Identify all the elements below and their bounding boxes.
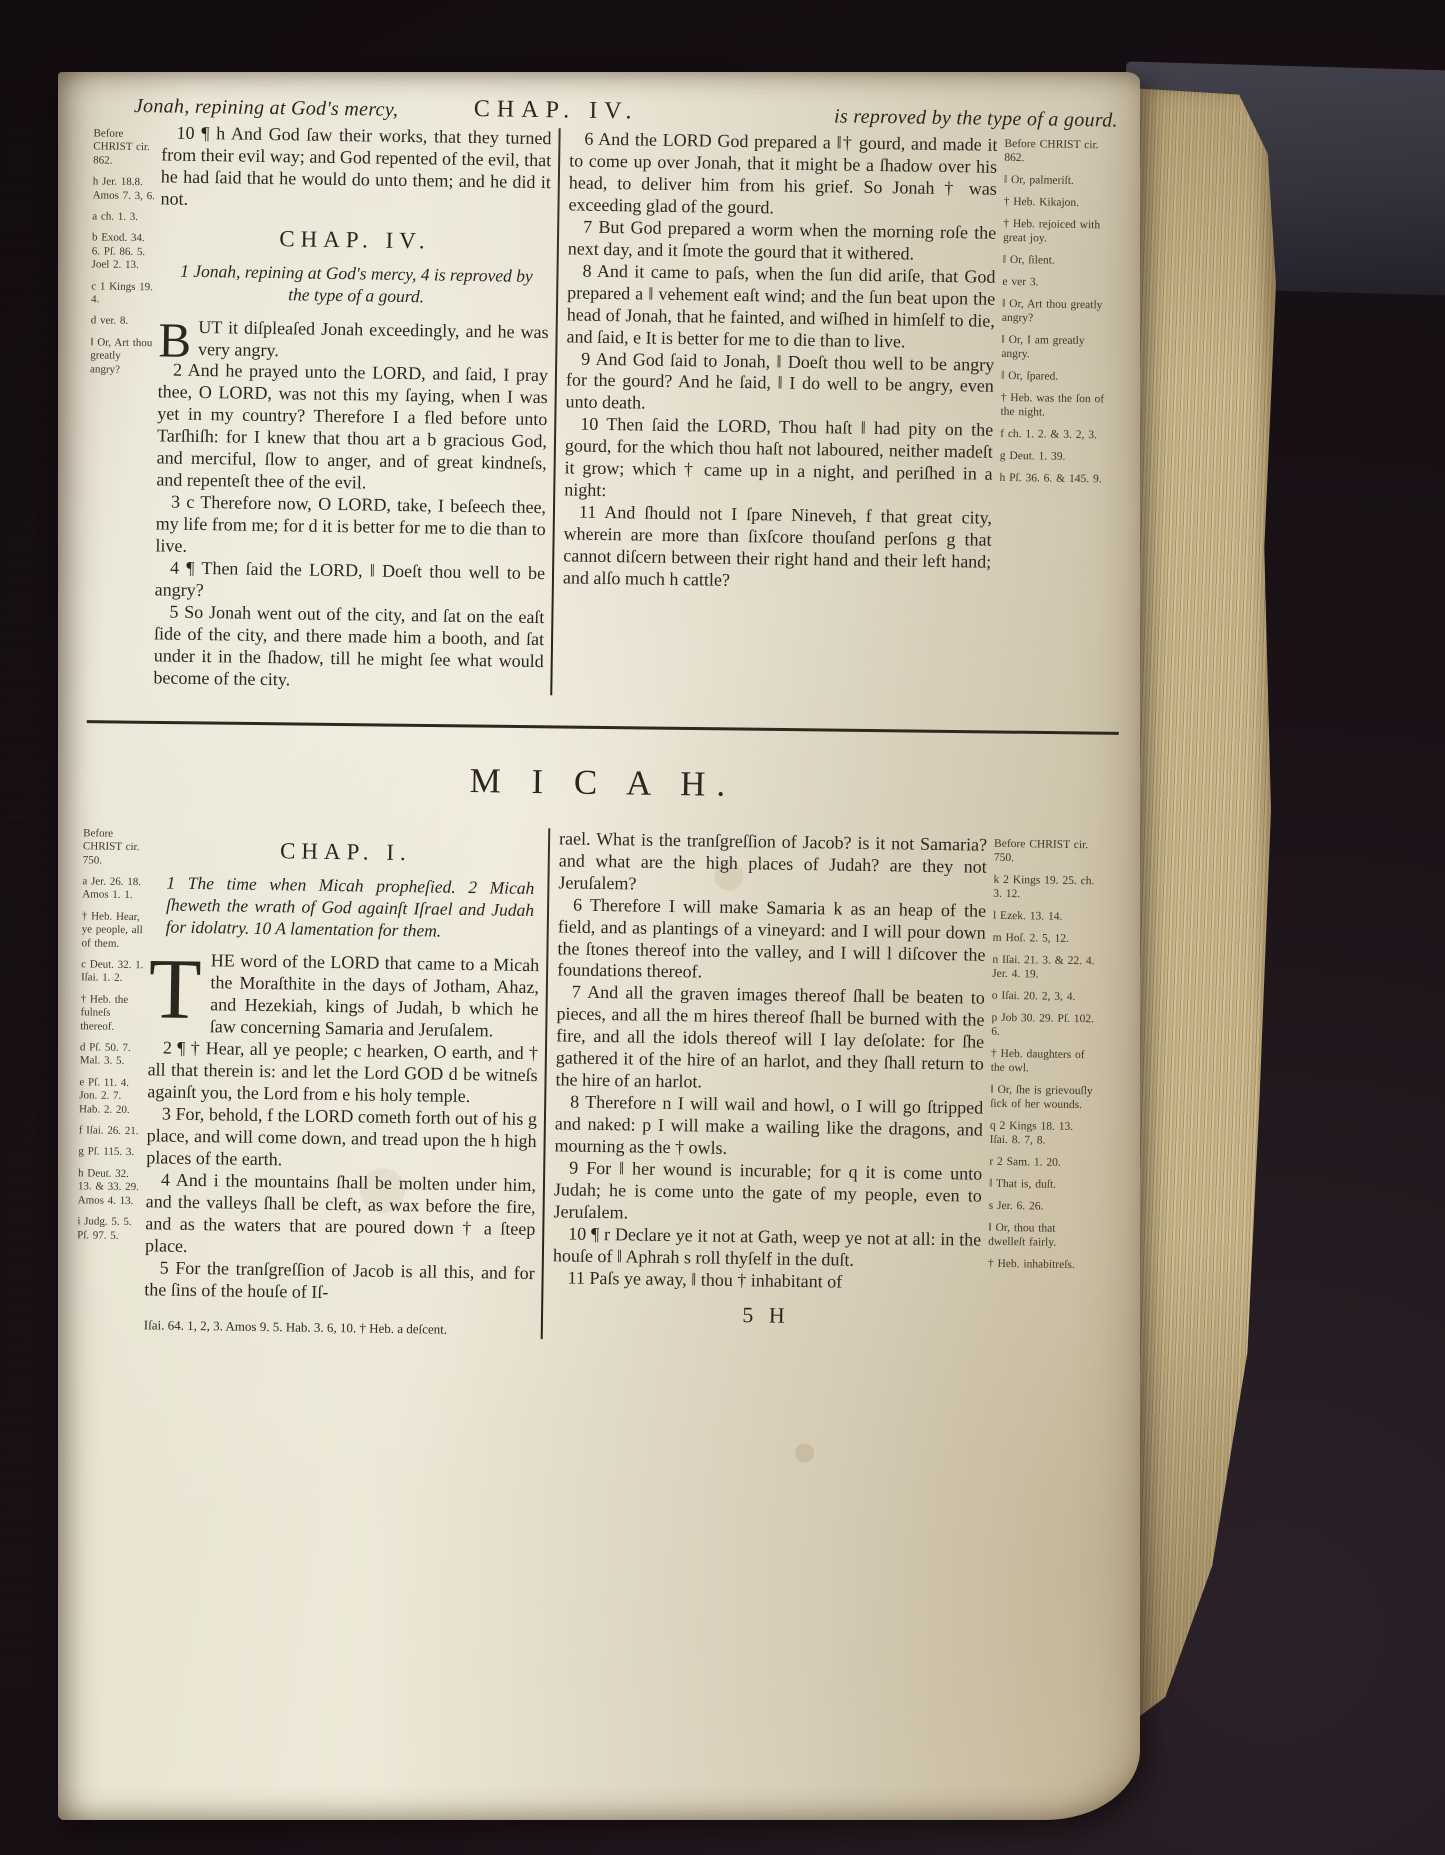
micah-book-title: M I C A H.	[84, 755, 1122, 810]
column-rule-micah	[541, 828, 551, 1339]
micah-right-margin-notes: Before CHRIST cir. 750.k 2 Kings 19. 25.…	[980, 834, 1099, 1346]
margin-note: † Heb. inhabitreſs.	[988, 1257, 1092, 1273]
margin-note: c Deut. 32. 1. Iſai. 1. 2.	[81, 958, 145, 986]
margin-note: b Exod. 34. 6. Pſ. 86. 5. Joel 2. 13.	[91, 232, 156, 273]
margin-note: Before CHRIST cir. 862.	[1004, 137, 1108, 167]
margin-note: † Heb. Kikajon.	[1004, 195, 1108, 211]
margin-note: ‖ Or, thou that dwelleſt fairly.	[988, 1221, 1092, 1251]
footnote-references: Iſai. 64. 1, 2, 3. Amos 9. 5. Hab. 3. 6,…	[144, 1317, 534, 1339]
drop-cap-T: T	[148, 950, 211, 1026]
verse: 8 And it came to paſs, when the ſun did …	[566, 260, 995, 354]
verse: 7 And all the graven images thereof ſhal…	[555, 982, 985, 1098]
micah-left-verses: 2 ¶ † Hear, all ye people; c hearken, O …	[144, 1037, 538, 1306]
verse: 6 And the LORD God prepared a ‖† gourd, …	[568, 128, 997, 222]
micah-left-column: CHAP. I. 1 The time when Micah propheſie…	[144, 822, 542, 1339]
verse: 9 For ‖ her wound is incurable; for q it…	[553, 1157, 982, 1229]
micah-right-column: rael. What is the tranſgreſſion of Jacob…	[552, 828, 988, 1345]
margin-note: ‖ Or, palmeriſt.	[1004, 173, 1108, 189]
running-header-left: Jonah, repining at God's mercy,	[134, 95, 399, 122]
jonah-right-margin-notes: Before CHRIST cir. 862.‖ Or, palmeriſt.†…	[989, 135, 1108, 703]
verse: 7 But God prepared a worm when the morni…	[568, 216, 997, 266]
verse: 5 So Jonah went out of the city, and ſat…	[153, 601, 544, 695]
margin-note: Before CHRIST cir. 750.	[994, 837, 1098, 867]
micah-section: Before CHRIST cir. 750.a Jer. 26. 18. Am…	[76, 821, 1121, 1347]
margin-note: h Jer. 18.8. Amos 7. 3, 6.	[93, 176, 157, 204]
page-content: Jonah, repining at God's mercy, CHAP. IV…	[69, 90, 1132, 1809]
column-rule-jonah	[550, 128, 560, 695]
verse: 2 ¶ † Hear, all ye people; c hearken, O …	[147, 1037, 538, 1109]
jonah-section: Before CHRIST cir. 862.h Jer. 18.8. Amos…	[85, 121, 1131, 703]
bible-page: Jonah, repining at God's mercy, CHAP. IV…	[58, 72, 1140, 1820]
verse-micah-1-1-text: HE word of the LORD that came to a Micah…	[210, 951, 540, 1041]
margin-note: ‖ Or, ſhe is grievouſly ſick of her woun…	[990, 1083, 1094, 1113]
verse-jonah-3-10: 10 ¶ h And God ſaw their works, that the…	[160, 122, 551, 216]
jonah-left-margin-notes: Before CHRIST cir. 862.h Jer. 18.8. Amos…	[85, 121, 161, 689]
margin-note: k 2 Kings 19. 25. ch. 3. 12.	[993, 873, 1097, 903]
margin-note: ‖ Or, ſpared.	[1001, 369, 1105, 385]
margin-note: p Job 30. 29. Pſ. 102. 6.	[991, 1011, 1095, 1041]
margin-note: † Heb. was the ſon of the night.	[1000, 391, 1104, 421]
margin-note: ‖ Or, Art thou greatly angry?	[90, 336, 155, 377]
margin-note: Before CHRIST cir. 862.	[93, 127, 158, 168]
margin-note: e ver 3.	[1002, 275, 1106, 291]
verse-jonah-4-1: BUT it diſpleaſed Jonah exceedingly, and…	[158, 316, 549, 366]
margin-note: f ch. 1. 2. & 3. 2, 3.	[1000, 427, 1104, 443]
margin-note: f Iſai. 26. 21.	[79, 1124, 143, 1138]
margin-note: ‖ Or, Art thou greatly angry?	[1002, 297, 1106, 327]
margin-note: † Heb. Hear, ye people, all of them.	[81, 910, 146, 951]
margin-note: h Pſ. 36. 6. & 145. 9.	[999, 471, 1103, 487]
verse: 11 And ſhould not I ſpare Nineveh, f tha…	[563, 502, 992, 596]
margin-note: c 1 Kings 19. 4.	[91, 280, 155, 308]
chapter-summary-jonah-4: 1 Jonah, repining at God's mercy, 4 is r…	[169, 260, 544, 309]
verse: 4 ¶ Then ſaid the LORD, ‖ Doeſt thou wel…	[155, 557, 546, 607]
page-signature: 5 H	[552, 1299, 980, 1331]
micah-right-verses: 6 Therefore I will make Samaria k as an …	[552, 894, 986, 1295]
verse-micah-1-5-continuation: rael. What is the tranſgreſſion of Jacob…	[558, 828, 987, 900]
margin-note: m Hoſ. 2. 5, 12.	[993, 931, 1097, 947]
verse: 10 ¶ r Declare ye it not at Gath, weep y…	[553, 1223, 982, 1273]
verse: 9 And God ſaid to Jonah, ‖ Doeſt thou we…	[565, 348, 994, 420]
jonah-left-verses: 2 And he prayed unto the LORD, and ſaid,…	[153, 360, 548, 695]
margin-note: g Pſ. 115. 3.	[78, 1146, 142, 1160]
jonah-right-column: 6 And the LORD God prepared a ‖† gourd, …	[561, 128, 997, 701]
chapter-heading-micah-1: CHAP. I.	[151, 836, 541, 868]
verse: 10 Then ſaid the LORD, Thou haſt ‖ had p…	[564, 414, 993, 508]
margin-note: ‖ Or, I am greatly angry.	[1001, 333, 1105, 363]
margin-note: d ver. 8.	[91, 315, 155, 329]
margin-note: s Jer. 6. 26.	[989, 1199, 1093, 1215]
verse: 4 And i the mountains ſhall be molten un…	[145, 1169, 536, 1263]
verse-micah-1-1: THE word of the LORD that came to a Mica…	[148, 950, 539, 1044]
margin-note: Before CHRIST cir. 750.	[83, 827, 148, 868]
verse: 5 For the tranſgreſſion of Jacob is all …	[144, 1257, 535, 1307]
drop-cap-B: B	[158, 316, 198, 360]
margin-note: l Ezek. 13. 14.	[993, 909, 1097, 925]
book-divider-rule	[87, 720, 1119, 735]
jonah-left-column: 10 ¶ h And God ſaw their works, that the…	[153, 122, 551, 694]
running-header-right: is reproved by the type of a gourd.	[834, 105, 1118, 132]
verse: 8 Therefore n I will wail and howl, o I …	[554, 1092, 983, 1164]
margin-note: n Iſai. 21. 3. & 22. 4. Jer. 4. 19.	[992, 953, 1096, 983]
margin-note: i Judg. 5. 5. Pſ. 97. 5.	[77, 1215, 141, 1243]
photo-of-bible-page: { "running_header": { "left_italic": "Jo…	[0, 0, 1445, 1855]
margin-note: † Heb. daughters of the owl.	[991, 1047, 1095, 1077]
verse-jonah-4-1-text: UT it diſpleaſed Jonah exceedingly, and …	[198, 317, 549, 360]
verse: 3 For, behold, f the LORD cometh forth o…	[146, 1103, 537, 1175]
margin-note: g Deut. 1. 39.	[1000, 449, 1104, 465]
margin-note: d Pſ. 50. 7. Mal. 3. 5.	[80, 1041, 144, 1069]
verse: 3 c Therefore now, O LORD, take, I beſee…	[155, 492, 546, 564]
verse: 2 And he prayed unto the LORD, and ſaid,…	[156, 360, 548, 497]
margin-note: h Deut. 32. 13. & 33. 29. Amos 4. 13.	[78, 1167, 143, 1208]
margin-note: a ch. 1. 3.	[92, 210, 156, 224]
verse: 6 Therefore I will make Samaria k as an …	[557, 894, 986, 988]
micah-left-margin-notes: Before CHRIST cir. 750.a Jer. 26. 18. Am…	[76, 821, 152, 1333]
margin-note: q 2 Kings 18. 13. Iſai. 8. 7, 8.	[990, 1119, 1094, 1149]
margin-note: † Heb. rejoiced with great joy.	[1003, 217, 1107, 247]
running-header-chapter: CHAP. IV.	[398, 95, 834, 128]
margin-note: e Pſ. 11. 4. Jon. 2. 7. Hab. 2. 20.	[79, 1076, 144, 1117]
margin-note: a Jer. 26. 18. Amos 1. 1.	[82, 875, 146, 903]
previous-page-edge	[0, 48, 62, 1748]
margin-note: ‖ Or, ſilent.	[1003, 253, 1107, 269]
chapter-summary-micah-1: 1 The time when Micah propheſied. 2 Mica…	[166, 872, 535, 943]
margin-note: r 2 Sam. 1. 20.	[989, 1155, 1093, 1171]
chapter-heading-jonah-4: CHAP. IV.	[160, 224, 550, 256]
margin-note: ‖ That is, duſt.	[989, 1177, 1093, 1193]
margin-note: † Heb. the fulneſs thereof.	[80, 993, 145, 1034]
margin-note: o Iſai. 20. 2, 3, 4.	[992, 989, 1096, 1005]
